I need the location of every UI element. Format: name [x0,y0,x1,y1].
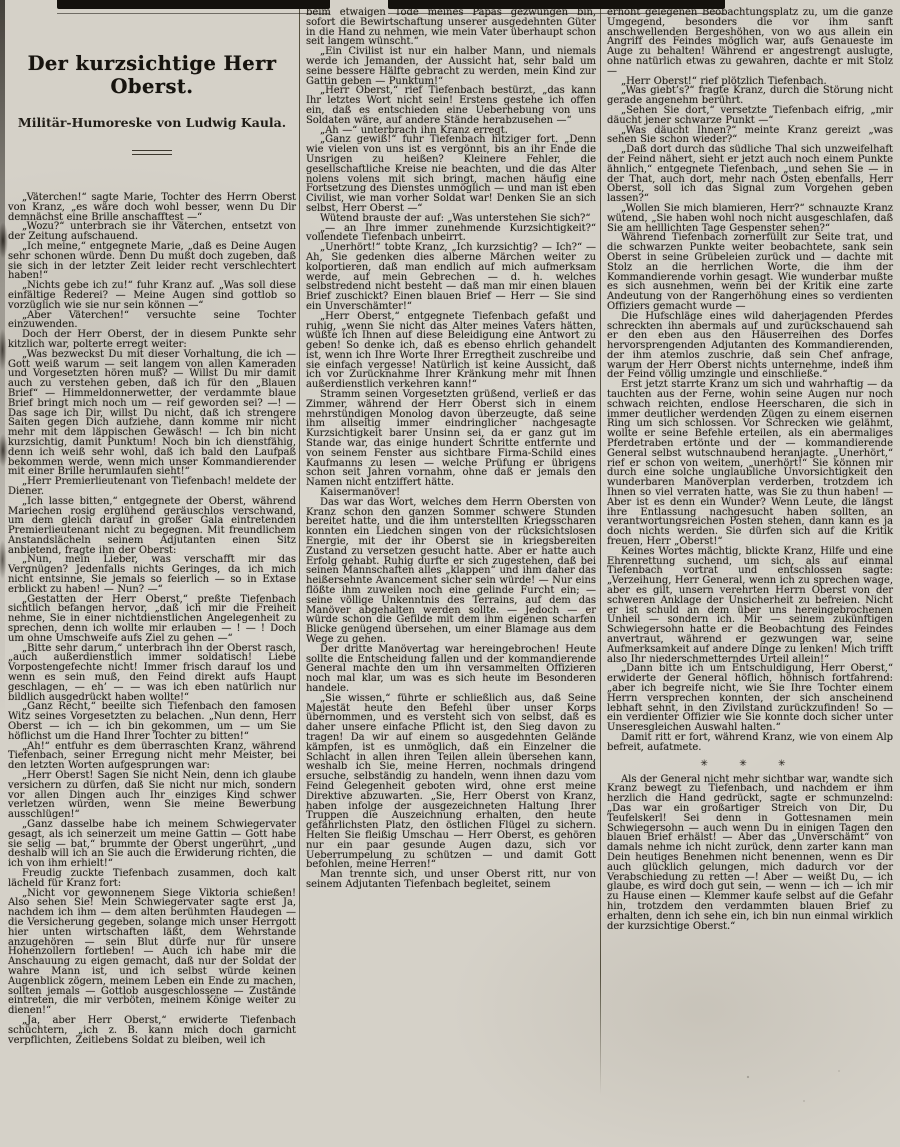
paragraph: „Ganz dasselbe habe ich meinem Schwieger… [8,820,296,869]
paragraph: Erst jetzt starrte Kranz um sich und wah… [607,380,893,547]
paragraph: Keines Wortes mächtig, blickte Kranz, Hi… [607,547,893,665]
paragraph: „Bitte sehr darum,“ unterbrach ihn der O… [8,644,296,703]
paragraph: „Herr Oberst! Sagen Sie nicht Nein, denn… [8,771,296,820]
paragraph: Die Hufschläge eines wild daherjagenden … [607,312,893,381]
paragraph: Freudig zuckte Tiefenbach zusammen, doch… [8,869,296,889]
paragraph: Während Tiefenbach zornerfüllt zur Seite… [607,233,893,311]
paragraph: „Aber Väterchen!“ versuchte seine Tochte… [8,311,296,331]
paragraph: „Herr Oberst,“ rief Tiefenbach bestürzt,… [306,86,596,125]
article-title: Der kurzsichtige Herr Oberst. [14,52,290,98]
paragraph: Damit ritt er fort, während Kranz, wie v… [607,733,893,753]
paragraph: Der dritte Manövertag war hereingebroche… [306,645,596,694]
paragraph: „Ich meine,“ entgegnete Marie, „daß es D… [8,242,296,281]
section-break: ✳ ✳ ✳ [607,758,893,771]
paragraph: „Wozu?“ unterbrach sie ihr Väterchen, en… [8,222,296,242]
paragraph: Man trennte sich, und unser Oberst ritt,… [306,870,596,890]
paragraph: „Ein Civilist ist nur ein halber Mann, u… [306,47,596,86]
article-columns: Der kurzsichtige Herr Oberst. Militär-Hu… [8,6,895,1143]
column-1: Der kurzsichtige Herr Oberst. Militär-Hu… [8,6,299,1143]
paragraph: „Nicht vor gewonnenem Siege Viktoria sch… [8,889,296,1016]
scan-speckle [720,1059,860,1119]
paragraph: „Was däucht Ihnen?“ meinte Kranz gereizt… [607,126,893,146]
paragraph: „— an Ihre immer zunehmende Kurzsichtigk… [306,224,596,244]
paragraph: „Nichts gebe ich zu!“ fuhr Kranz auf. „W… [8,281,296,310]
paragraph: „Daß dort durch das südliche Thal sich u… [607,145,893,204]
paragraph: „Herr Premierlieutenant von Tiefenbach! … [8,477,296,497]
paragraph: „Väterchen!“ sagte Marie, Tochter des He… [8,193,296,222]
print-artifact-rule-left [57,13,330,14]
paragraph: „Ganz gewiß!“ fuhr Tiefenbach hitziger f… [306,135,596,213]
paragraph: Stramm seinen Vorgesetzten grüßend, verl… [306,390,596,488]
paragraph: „Sie wissen,“ führte er schließlich aus,… [306,694,596,870]
print-artifact-bar-left [57,0,330,9]
article-byline: Militär-Humoreske von Ludwig Kaula. [8,115,296,130]
paragraph: „Nun, mein Lieber, was verschafft mir da… [8,555,296,594]
column-2: beim etwaigen Tode meines Papas gezwunge… [300,6,600,1143]
paragraph: „Ganz Recht,“ beeilte sich Tiefenbach de… [8,702,296,741]
paragraph: erhöht gelegenen Beobachtungsplatz zu, u… [607,8,893,77]
paragraph: „Wollen Sie mich blamieren, Herr?“ schna… [607,204,893,233]
print-artifact-bar-right [388,0,725,9]
paragraph: „Dann bitte ich um Entschuldigung, Herr … [607,664,893,733]
paragraph: Doch der Herr Oberst, der in diesem Punk… [8,330,296,350]
paragraph: „Gestatten der Herr Oberst,“ preßte Tief… [8,595,296,644]
paragraph: Das war das Wort, welches dem Herrn Ober… [306,498,596,645]
paragraph: „Herr Oberst,“ entgegnete Tiefenbach gef… [306,312,596,390]
paragraph: „Was giebt’s?“ fragte Kranz, durch die S… [607,86,893,106]
scan-edge-smudge [0,190,10,610]
paragraph: „Unerhört!“ tobte Kranz, „Ich kurzsichti… [306,243,596,312]
column-3-text: erhöht gelegenen Beobachtungsplatz zu, u… [607,8,893,931]
column-3: erhöht gelegenen Beobachtungsplatz zu, u… [601,6,895,1143]
paragraph: Als der General nicht mehr sichtbar war,… [607,775,893,932]
column-1-text: „Väterchen!“ sagte Marie, Tochter des He… [8,193,296,1045]
paragraph: „Was bezweckst Du mit dieser Vorhaltung,… [8,350,296,477]
print-artifact-rule-right [388,13,725,14]
paragraph: „Ja, aber Herr Oberst,“ erwiderte Tiefen… [8,1016,296,1045]
paragraph: „Ah!“ entfuhr es dem überraschten Kranz,… [8,742,296,771]
paragraph: „Ich lasse bitten,“ entgegnete der Obers… [8,497,296,556]
title-divider [132,150,172,155]
newspaper-page: Der kurzsichtige Herr Oberst. Militär-Hu… [0,0,900,1147]
paragraph: „Sehen Sie dort,“ versetzte Tiefenbach e… [607,106,893,126]
column-2-text: beim etwaigen Tode meines Papas gezwunge… [306,8,596,890]
